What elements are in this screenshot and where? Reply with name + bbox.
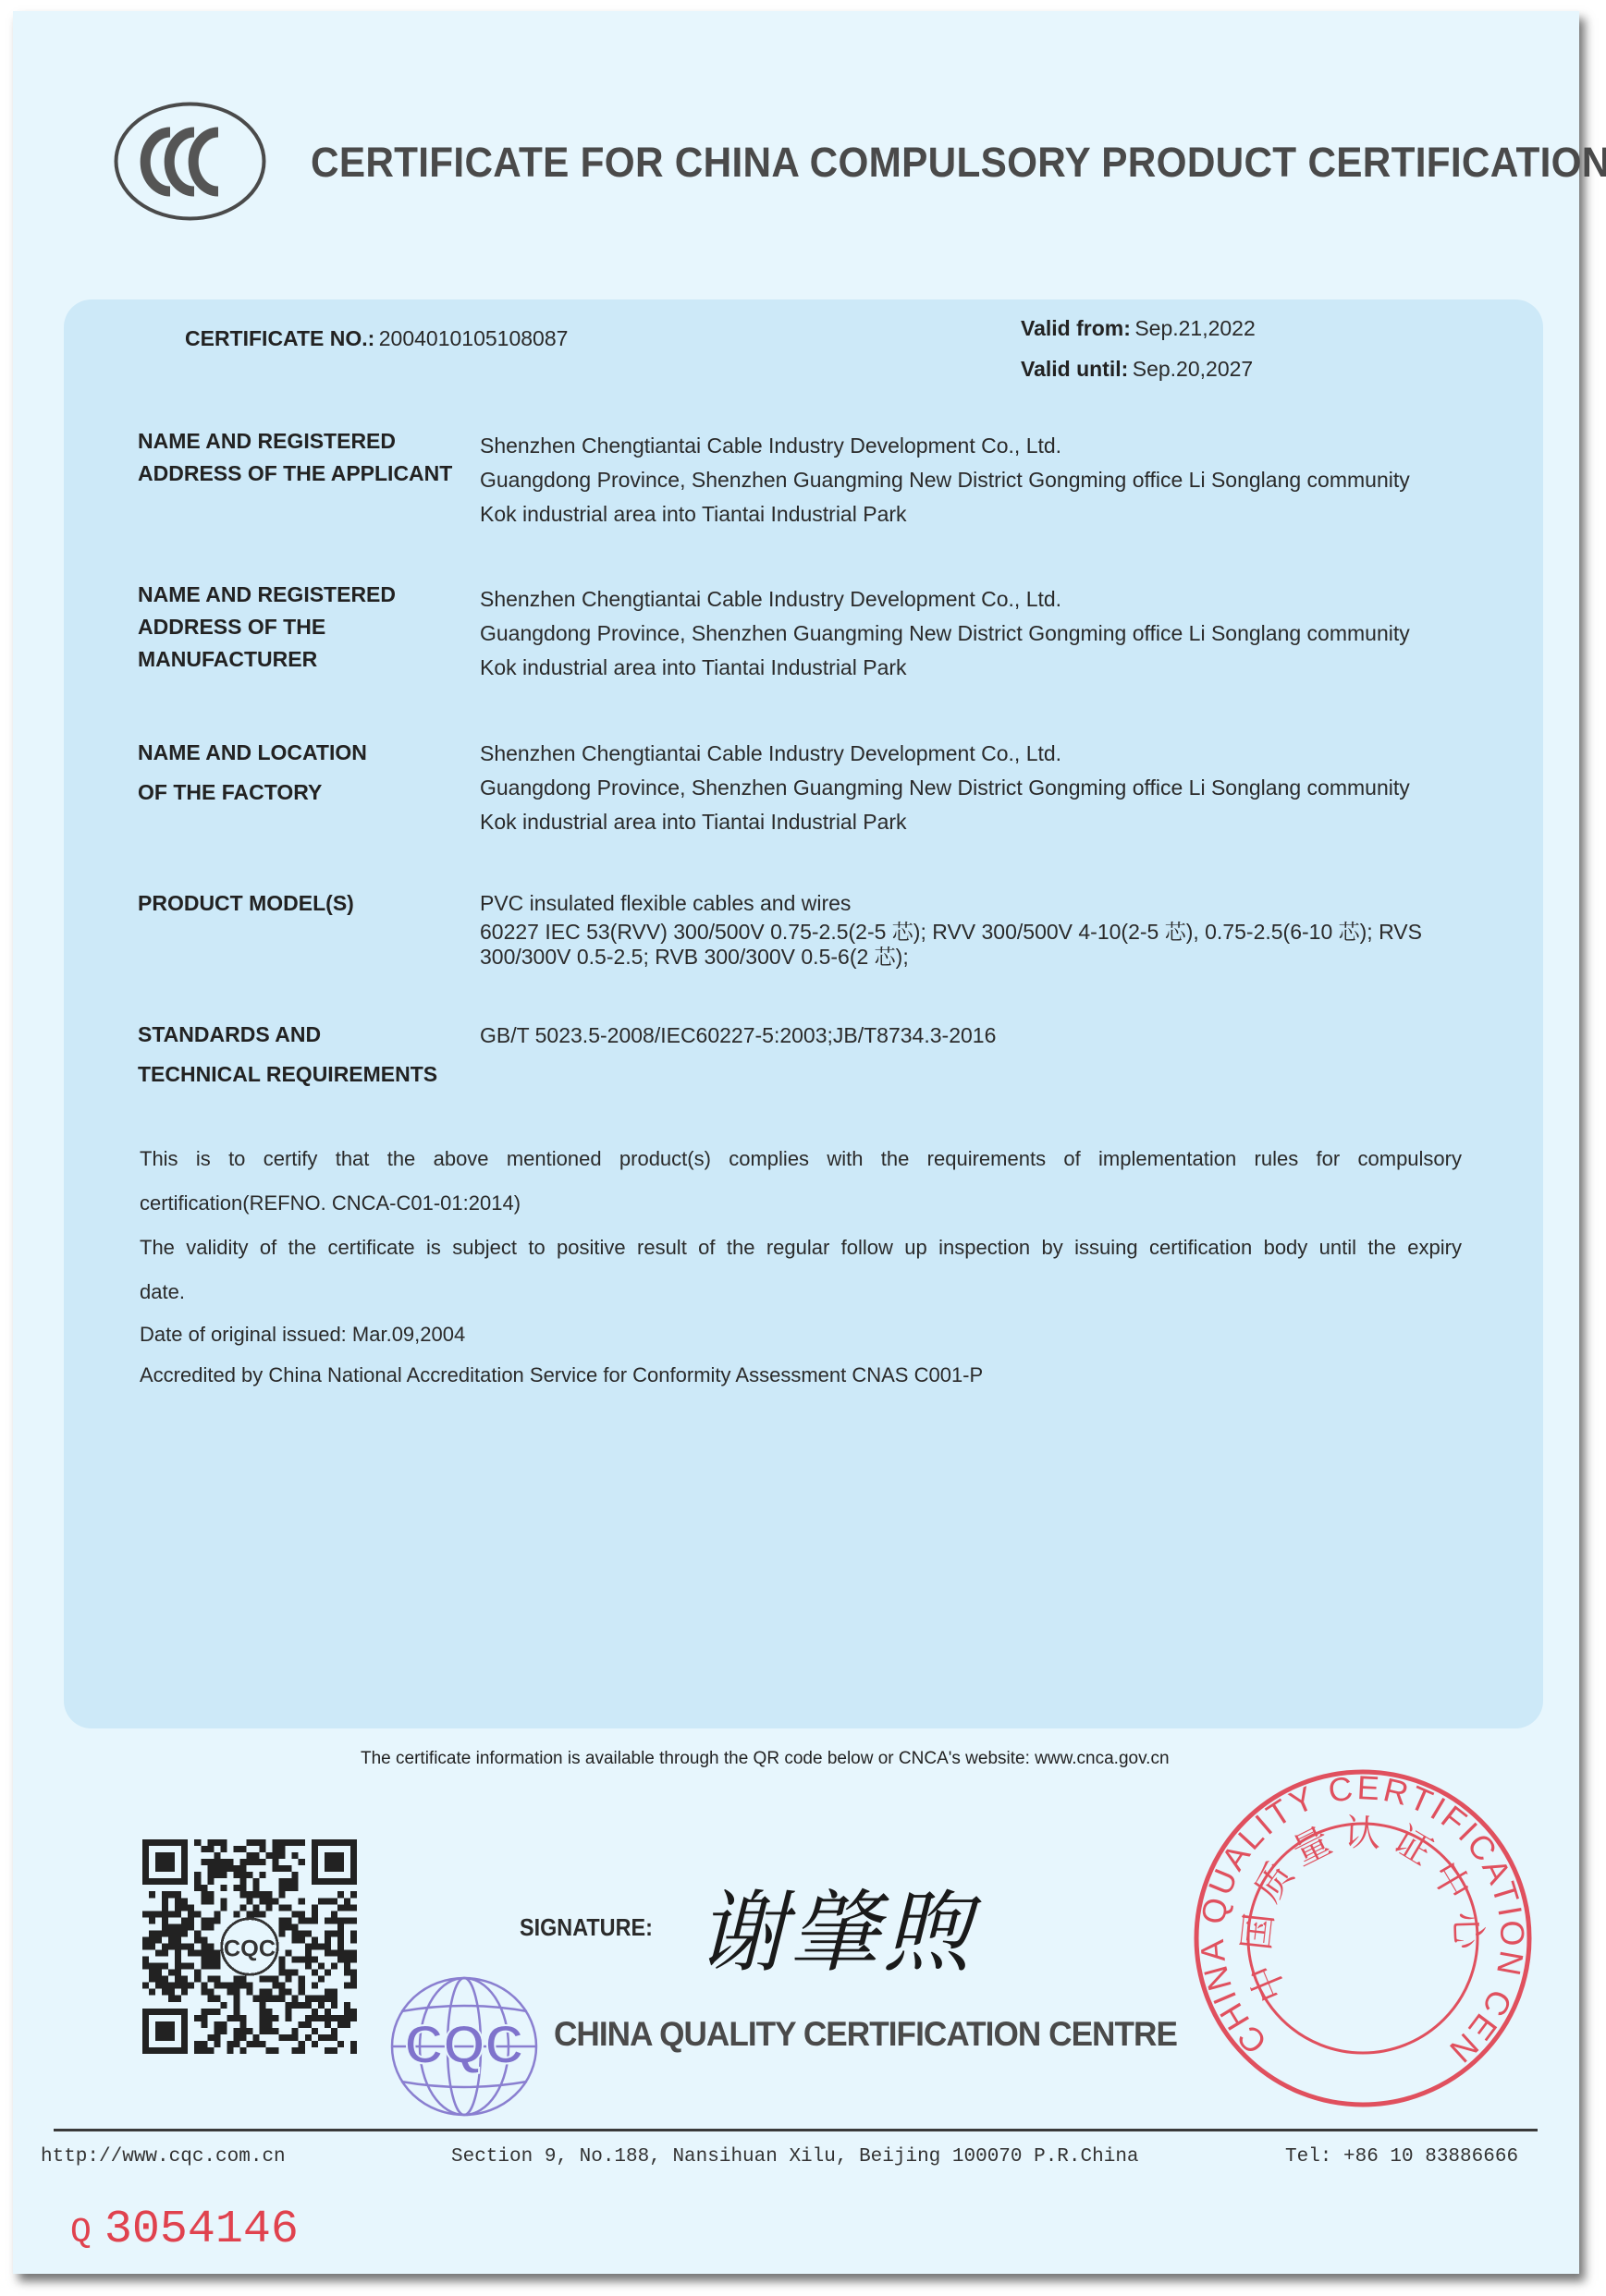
field-label-line: PRODUCT MODEL(S) bbox=[138, 887, 354, 920]
field-label: NAME AND LOCATIONOF THE FACTORY bbox=[138, 733, 367, 812]
field-label-line: ADDRESS OF THE APPLICANT bbox=[138, 458, 452, 490]
field-value: Shenzhen Chengtiantai Cable Industry Dev… bbox=[480, 582, 1410, 685]
svg-text:中国质量认证中心: 中国质量认证中心 bbox=[1235, 1812, 1490, 2008]
field-value-line: PVC insulated flexible cables and wires bbox=[480, 891, 1422, 916]
validity-line-1: The validity of the certificate is subje… bbox=[140, 1226, 1462, 1270]
field-value-line: GB/T 5023.5-2008/IEC60227-5:2003;JB/T873… bbox=[480, 1019, 996, 1053]
valid-from-label: Valid from: bbox=[1021, 316, 1131, 340]
footer-telephone: Tel: +86 10 83886666 bbox=[1285, 2146, 1518, 2168]
field-label-line: OF THE FACTORY bbox=[138, 773, 367, 812]
field-label-line: TECHNICAL REQUIREMENTS bbox=[138, 1055, 437, 1094]
field-value-line: Guangdong Province, Shenzhen Guangming N… bbox=[480, 771, 1410, 805]
footer-rule bbox=[54, 2129, 1538, 2131]
certify-line-2: certification(REFNO. CNCA-C01-01:2014) bbox=[140, 1181, 1462, 1226]
field-value: Shenzhen Chengtiantai Cable Industry Dev… bbox=[480, 429, 1410, 531]
certificate-title: CERTIFICATE FOR CHINA COMPULSORY PRODUCT… bbox=[311, 139, 1606, 187]
valid-from: Valid from: Sep.21,2022 bbox=[1021, 316, 1256, 341]
field-label-line: ADDRESS OF THE bbox=[138, 611, 396, 643]
valid-from-value: Sep.21,2022 bbox=[1134, 316, 1255, 340]
field-label-line: NAME AND REGISTERED bbox=[138, 425, 452, 458]
official-seal-icon: CHINA QUALITY CERTIFICATION CENTRE 中国质量认… bbox=[1187, 1763, 1539, 2114]
field-value-line: Kok industrial area into Tiantai Industr… bbox=[480, 805, 1410, 839]
footer-website-link[interactable]: http://www.cqc.com.cn bbox=[41, 2146, 286, 2168]
certify-line-1: This is to certify that the above mentio… bbox=[140, 1137, 1462, 1181]
svg-text:CQC: CQC bbox=[224, 1936, 276, 1962]
field-label-line: MANUFACTURER bbox=[138, 643, 396, 676]
certification-statement: This is to certify that the above mentio… bbox=[140, 1137, 1462, 1314]
valid-until-value: Sep.20,2027 bbox=[1133, 357, 1253, 381]
qr-code-icon[interactable]: CQC bbox=[141, 1839, 359, 2054]
serial-value: 3054146 bbox=[104, 2204, 299, 2256]
field-label-line: NAME AND LOCATION bbox=[138, 733, 367, 773]
signature-label: SIGNATURE: bbox=[520, 1913, 653, 1942]
qr-notice: The certificate information is available… bbox=[361, 1749, 1170, 1769]
field-value-line: 60227 IEC 53(RVV) 300/500V 0.75-2.5(2-5 … bbox=[480, 920, 1422, 945]
valid-until-label: Valid until: bbox=[1021, 357, 1128, 381]
field-value: PVC insulated flexible cables and wires6… bbox=[480, 891, 1422, 970]
field-value-line: Shenzhen Chengtiantai Cable Industry Dev… bbox=[480, 582, 1410, 617]
field-value: Shenzhen Chengtiantai Cable Industry Dev… bbox=[480, 737, 1410, 839]
signature: 谢肇煦 bbox=[697, 1862, 975, 1989]
field-value-line: Kok industrial area into Tiantai Industr… bbox=[480, 651, 1410, 685]
accreditation-note: Accredited by China National Accreditati… bbox=[140, 1355, 1462, 1396]
field-value-line: Kok industrial area into Tiantai Industr… bbox=[480, 497, 1410, 531]
footer-address: Section 9, No.188, Nansihuan Xilu, Beiji… bbox=[451, 2146, 1139, 2168]
certificate-number: CERTIFICATE NO.: 2004010105108087 bbox=[185, 326, 568, 351]
field-label: NAME AND REGISTEREDADDRESS OF THE APPLIC… bbox=[138, 425, 452, 490]
field-label-line: STANDARDS AND bbox=[138, 1015, 437, 1055]
ccc-mark-icon bbox=[113, 101, 267, 222]
field-label: STANDARDS ANDTECHNICAL REQUIREMENTS bbox=[138, 1015, 437, 1094]
cqc-globe-logo-icon: CQC bbox=[381, 1972, 547, 2120]
validity-line-2: date. bbox=[140, 1270, 1462, 1314]
field-value-line: Guangdong Province, Shenzhen Guangming N… bbox=[480, 617, 1410, 651]
field-value-line: Shenzhen Chengtiantai Cable Industry Dev… bbox=[480, 737, 1410, 771]
serial-prefix: Q bbox=[70, 2213, 92, 2253]
valid-until: Valid until: Sep.20,2027 bbox=[1021, 357, 1253, 382]
original-issue-date: Date of original issued: Mar.09,2004 bbox=[140, 1314, 1462, 1355]
field-value-line: Shenzhen Chengtiantai Cable Industry Dev… bbox=[480, 429, 1410, 463]
issuer-name: CHINA QUALITY CERTIFICATION CENTRE bbox=[554, 2015, 1177, 2054]
field-value-line: Guangdong Province, Shenzhen Guangming N… bbox=[480, 463, 1410, 497]
field-label: PRODUCT MODEL(S) bbox=[138, 887, 354, 920]
svg-text:CQC: CQC bbox=[405, 2015, 524, 2075]
certificate-page: CERTIFICATE FOR CHINA COMPULSORY PRODUCT… bbox=[13, 11, 1579, 2274]
field-label-line: NAME AND REGISTERED bbox=[138, 579, 396, 611]
certificate-number-value: 2004010105108087 bbox=[379, 326, 569, 350]
field-value-line: 300/300V 0.5-2.5; RVB 300/300V 0.5-6(2 芯… bbox=[480, 945, 1422, 970]
certificate-number-label: CERTIFICATE NO.: bbox=[185, 326, 374, 350]
issue-info: Date of original issued: Mar.09,2004 Acc… bbox=[140, 1314, 1462, 1396]
field-value: GB/T 5023.5-2008/IEC60227-5:2003;JB/T873… bbox=[480, 1019, 996, 1053]
serial-number: Q3054146 bbox=[70, 2204, 299, 2256]
field-label: NAME AND REGISTEREDADDRESS OF THEMANUFAC… bbox=[138, 579, 396, 676]
